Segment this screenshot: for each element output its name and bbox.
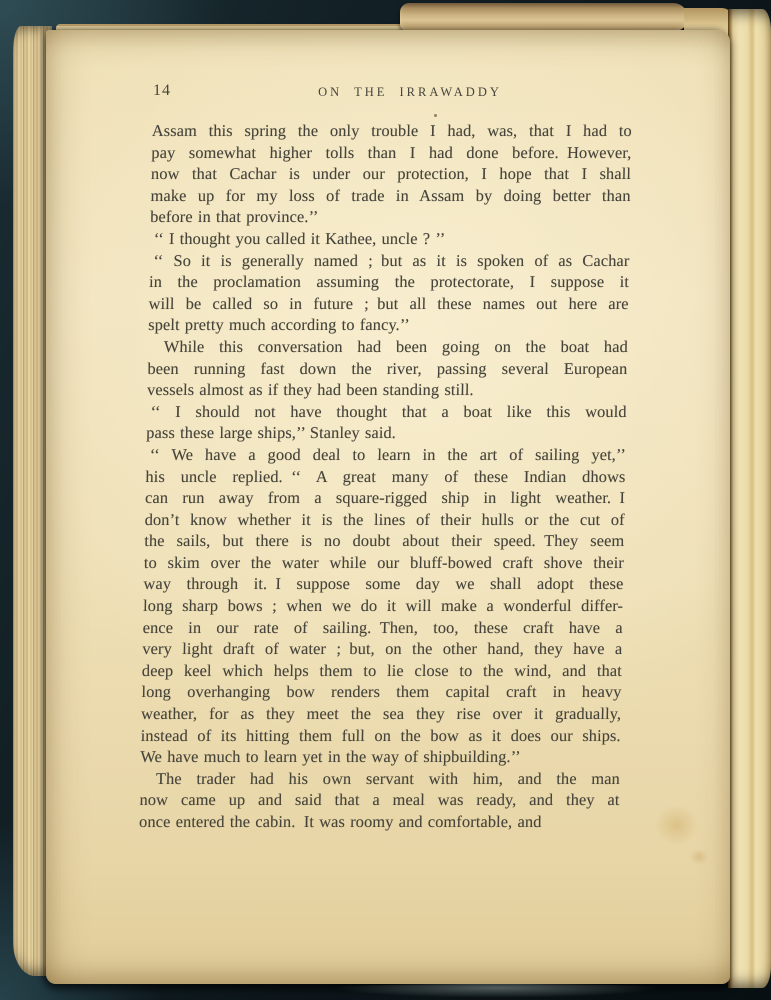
text-line: We have much to learn yet in the way of … xyxy=(140,746,620,768)
text-line: long overhanging bow renders them capita… xyxy=(141,681,621,703)
text-line: spelt pretty much according to fancy.’’ xyxy=(148,314,628,336)
text-line: before in that province.’’ xyxy=(150,206,630,228)
text-line: vessels almost as if they had been stand… xyxy=(147,379,627,401)
scanned-book-page: 14 ON THE IRRAWADDY Assam this spring th… xyxy=(0,0,771,1000)
text-line: don’t know whether it is the lines of th… xyxy=(144,509,624,531)
fore-edge-page-stack xyxy=(728,9,771,988)
text-line: ‘‘ We have a good deal to learn in the a… xyxy=(146,444,626,466)
text-line: ‘‘ So it is generally named ; but as it … xyxy=(149,250,629,272)
text-line: weather, for as they meet the sea they r… xyxy=(141,703,621,725)
text-line: in the proclamation assuming the protect… xyxy=(149,271,629,293)
text-line: long sharp bows ; when we do it will mak… xyxy=(143,595,623,617)
text-line: now that Cachar is under our protection,… xyxy=(151,163,631,185)
paper-speck xyxy=(434,114,437,117)
paper-stain xyxy=(686,846,712,868)
text-line: The trader had his own servant with him,… xyxy=(140,768,620,790)
text-line: been running fast down the river, passin… xyxy=(147,358,627,380)
text-line: While this conversation had been going o… xyxy=(148,336,628,358)
text-line: now came up and said that a meal was rea… xyxy=(139,789,619,811)
text-line: Assam this spring the only trouble I had… xyxy=(152,120,632,142)
book-page: 14 ON THE IRRAWADDY Assam this spring th… xyxy=(46,30,730,984)
text-line: deep keel which helps them to lie close … xyxy=(142,660,622,682)
body-text: Assam this spring the only trouble I had… xyxy=(139,120,632,833)
text-line: once entered the cabin. It was roomy and… xyxy=(139,811,619,833)
curled-page-top-edge xyxy=(400,3,688,31)
text-line: his uncle replied. ‘‘ A great many of th… xyxy=(145,466,625,488)
cover-edge-reflection xyxy=(282,984,712,997)
text-line: pay somewhat higher tolls than I had don… xyxy=(151,142,631,164)
text-line: way through it. I suppose some day we sh… xyxy=(143,573,623,595)
text-line: to skim over the water while our bluff-b… xyxy=(144,552,624,574)
text-line: ‘‘ I thought you called it Kathee, uncle… xyxy=(150,228,630,250)
text-line: make up for my loss of trade in Assam by… xyxy=(150,185,630,207)
page-header: 14 ON THE IRRAWADDY xyxy=(152,82,632,102)
text-line: instead of its hitting them full on the … xyxy=(141,725,621,747)
text-line: will be called so in future ; but all th… xyxy=(148,293,628,315)
text-line: the sails, but there is no doubt about t… xyxy=(144,530,624,552)
running-title: ON THE IRRAWADDY xyxy=(152,85,632,100)
text-line: very light draft of water ; but, on the … xyxy=(142,638,622,660)
text-line: can run away from a square-rigged ship i… xyxy=(145,487,625,509)
text-line: pass these large ships,’’ Stanley said. xyxy=(146,422,626,444)
text-line: ‘‘ I should not have thought that a boat… xyxy=(146,401,626,423)
text-line: ence in our rate of sailing. Then, too, … xyxy=(143,617,623,639)
